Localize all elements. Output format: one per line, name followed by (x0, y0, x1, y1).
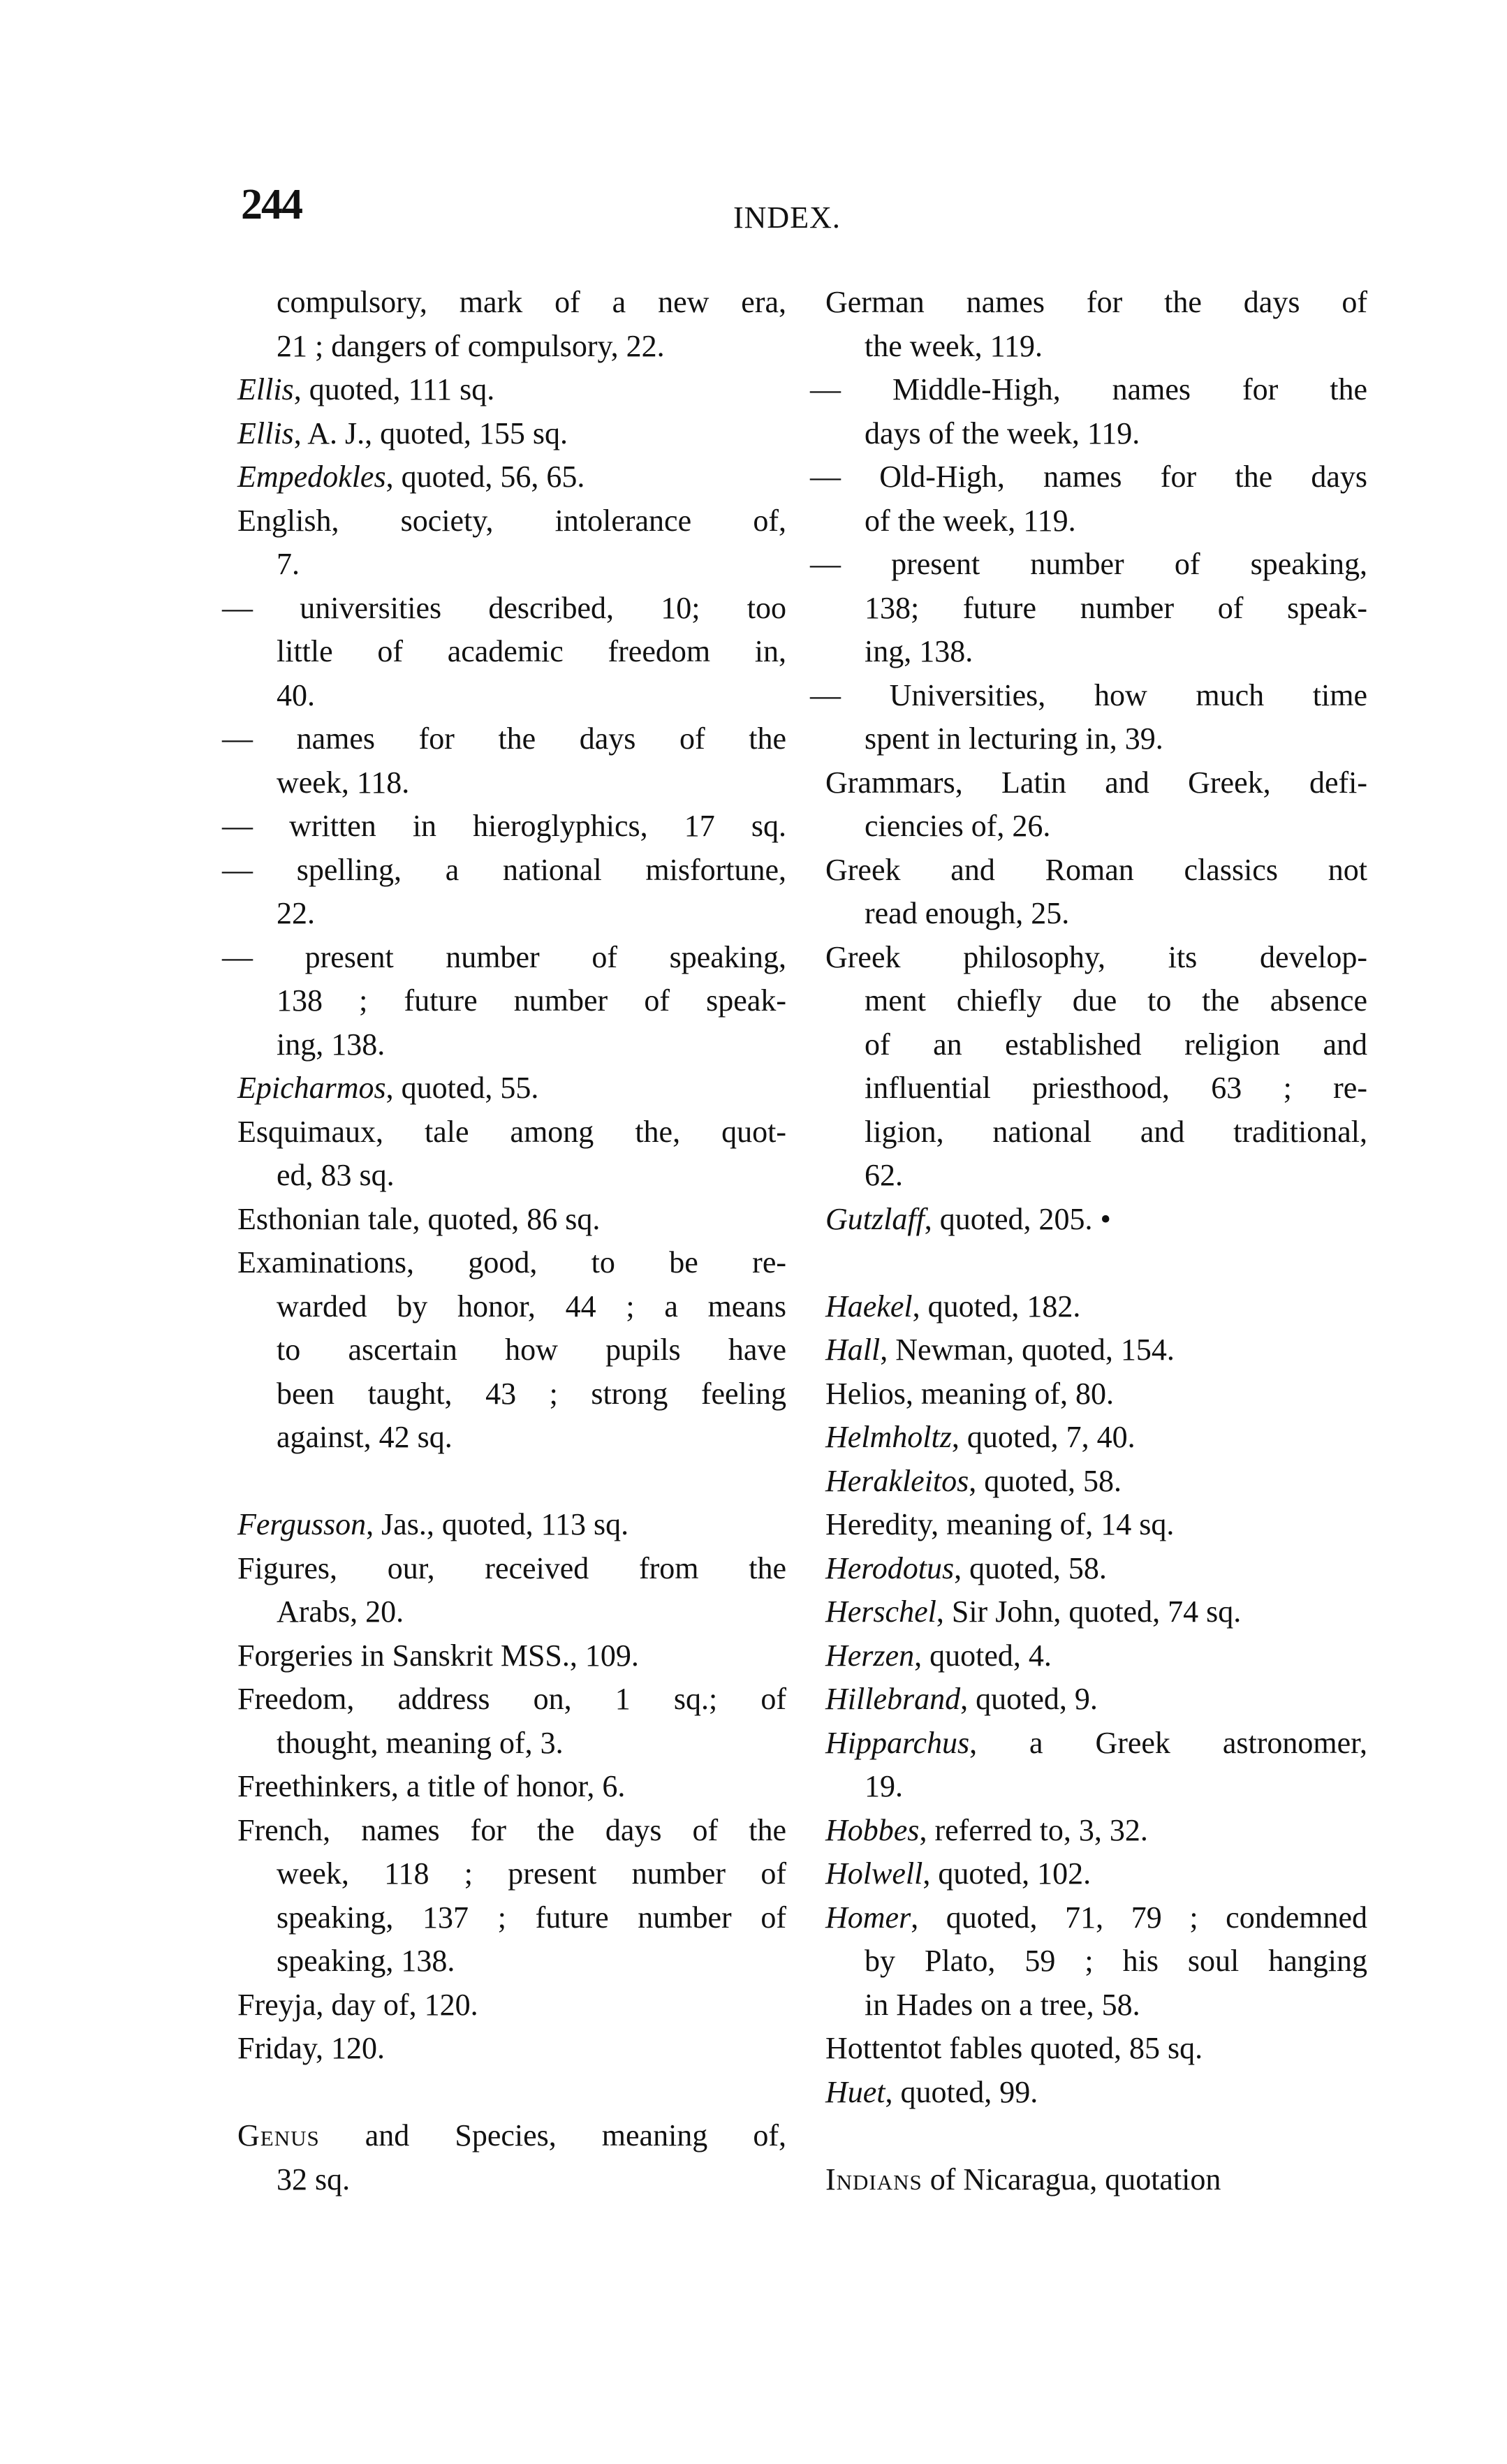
index-entry-line: Huet, quoted, 99. (810, 2071, 1367, 2115)
index-entry-line: Arabs, 20. (222, 1590, 786, 1634)
index-entry: Examinations, good, to be re-warded by h… (222, 1241, 786, 1460)
index-text: Esquimaux, tale among the, quot- (237, 1115, 786, 1149)
index-text: week, 118 ; present number of (277, 1856, 786, 1891)
index-text: Hottentot fables quoted, 85 sq. (825, 2031, 1203, 2065)
index-text: , quoted, 7, 40. (952, 1420, 1135, 1454)
index-entry-line: Hall, Newman, quoted, 154. (810, 1328, 1367, 1372)
index-entry-line: 62. (810, 1154, 1367, 1198)
index-text: French, names for the days of the (237, 1813, 786, 1847)
index-text: spent in lecturing in, 39. (865, 721, 1163, 756)
index-text: , quoted, 56, 65. (386, 460, 585, 494)
index-entry: Greek and Roman classics notread enough,… (810, 849, 1367, 936)
index-text: 62. (865, 1158, 903, 1192)
index-entry-line: ing, 138. (810, 630, 1367, 674)
index-text: — present number of speaking, (222, 940, 786, 974)
index-entry-line: English, society, intolerance of, (222, 499, 786, 543)
index-text: , quoted, 55. (386, 1071, 539, 1105)
index-text: ed, 83 sq. (277, 1158, 395, 1192)
index-entry: Hall, Newman, quoted, 154. (810, 1328, 1367, 1372)
index-text: Greek and Roman classics not (825, 853, 1367, 887)
index-entry-line: — present number of speaking, (810, 543, 1367, 587)
index-entry-line: Indians of Nicaragua, quotation (810, 2158, 1367, 2202)
index-entry-line: Friday, 120. (222, 2027, 786, 2071)
index-entry-line: German names for the days of (810, 281, 1367, 325)
index-text: ciencies of, 26. (865, 809, 1050, 843)
index-entry-line: 32 sq. (222, 2158, 786, 2202)
index-text: , quoted, 99. (885, 2075, 1038, 2109)
index-text: 7. (277, 547, 300, 581)
index-entry-line: Hipparchus, a Greek astronomer, (810, 1722, 1367, 1766)
index-text: of an established religion and (865, 1027, 1367, 1062)
index-entry: compulsory, mark of a new era,21 ; dange… (222, 281, 786, 368)
index-entry-line: Homer, quoted, 71, 79 ; condemned (810, 1896, 1367, 1940)
index-entry: Helmholtz, quoted, 7, 40. (810, 1416, 1367, 1460)
index-entry-line: — Universities, how much time (810, 674, 1367, 718)
index-term-italic: Herodotus (825, 1551, 954, 1585)
index-entry: Forgeries in Sanskrit MSS., 109. (222, 1634, 786, 1678)
index-entry-line: 22. (222, 892, 786, 936)
index-text: Freethinkers, a title of honor, 6. (237, 1769, 625, 1803)
index-text: English, society, intolerance of, (237, 504, 786, 538)
index-text: 138; future number of speak- (865, 591, 1367, 625)
index-entry-line: 138; future number of speak- (810, 587, 1367, 631)
index-section-lead: Indians (825, 2162, 922, 2197)
index-entry: — written in hieroglyphics, 17 sq. (222, 805, 786, 849)
index-entry-line: ed, 83 sq. (222, 1154, 786, 1198)
index-text: ment chiefly due to the absence (865, 983, 1367, 1018)
index-text: 40. (277, 678, 315, 712)
index-text: week, 118. (277, 765, 409, 800)
index-term-italic: Herakleitos (825, 1464, 969, 1498)
index-text: speaking, 137 ; future number of (277, 1900, 786, 1935)
index-text: — names for the days of the (222, 721, 786, 756)
index-entry-line: the week, 119. (810, 325, 1367, 369)
index-text: the week, 119. (865, 329, 1043, 363)
index-text: to ascertain how pupils have (277, 1333, 786, 1367)
index-entry: Greek philosophy, its develop-ment chief… (810, 936, 1367, 1198)
index-text: , a Greek astronomer, (969, 1726, 1367, 1760)
index-section-lead: Genus (237, 2118, 320, 2153)
index-text: , quoted, 9. (960, 1682, 1098, 1716)
index-entry-line: — Middle-High, names for the (810, 368, 1367, 412)
index-entry-line: Herodotus, quoted, 58. (810, 1547, 1367, 1591)
section-gap (810, 2114, 1367, 2158)
index-text: ligion, national and traditional, (865, 1115, 1367, 1149)
index-entry: Empedokles, quoted, 56, 65. (222, 455, 786, 499)
index-text: Heredity, meaning of, 14 sq. (825, 1507, 1174, 1541)
index-text: Grammars, Latin and Greek, defi- (825, 765, 1367, 800)
index-entry-line: — universities described, 10; too (222, 587, 786, 631)
index-term-italic: Homer (825, 1900, 911, 1935)
index-entry: Hillebrand, quoted, 9. (810, 1678, 1367, 1722)
index-entry-line: Esquimaux, tale among the, quot- (222, 1110, 786, 1154)
index-entry-line: Forgeries in Sanskrit MSS., 109. (222, 1634, 786, 1678)
index-entry: Herodotus, quoted, 58. (810, 1547, 1367, 1591)
index-entry: Hipparchus, a Greek astronomer,19. (810, 1722, 1367, 1809)
index-entry-line: Herakleitos, quoted, 58. (810, 1460, 1367, 1504)
index-entry-line: — spelling, a national misfortune, (222, 849, 786, 893)
index-text: , quoted, 111 sq. (294, 372, 495, 406)
index-text: Arabs, 20. (277, 1594, 404, 1629)
index-text: 138 ; future number of speak- (277, 983, 786, 1018)
index-entry: — Universities, how much timespent in le… (810, 674, 1367, 761)
index-entry: Epicharmos, quoted, 55. (222, 1066, 786, 1110)
index-entry: German names for the days ofthe week, 11… (810, 281, 1367, 368)
index-entry-line: Examinations, good, to be re- (222, 1241, 786, 1285)
index-entry: Ellis, A. J., quoted, 155 sq. (222, 412, 786, 456)
index-entry-line: Gutzlaff, quoted, 205. • (810, 1198, 1367, 1242)
index-text: 21 ; dangers of compulsory, 22. (277, 329, 665, 363)
index-column-left: compulsory, mark of a new era,21 ; dange… (222, 281, 786, 2201)
index-text: , quoted, 205. • (925, 1202, 1111, 1236)
index-entry: Holwell, quoted, 102. (810, 1852, 1367, 1896)
index-text: warded by honor, 44 ; a means (277, 1289, 786, 1323)
index-text: of the week, 119. (865, 504, 1076, 538)
index-entry: Heredity, meaning of, 14 sq. (810, 1503, 1367, 1547)
index-entry-line: Ellis, A. J., quoted, 155 sq. (222, 412, 786, 456)
index-entry-line: Fergusson, Jas., quoted, 113 sq. (222, 1503, 786, 1547)
index-entry-line: ligion, national and traditional, (810, 1110, 1367, 1154)
index-entry-line: — written in hieroglyphics, 17 sq. (222, 805, 786, 849)
index-text: — Middle-High, names for the (810, 372, 1367, 406)
index-term-italic: Hipparchus (825, 1726, 969, 1760)
index-text: — universities described, 10; too (222, 591, 786, 625)
index-entry: Figures, our, received from theArabs, 20… (222, 1547, 786, 1634)
index-entry-line: compulsory, mark of a new era, (222, 281, 786, 325)
index-term-italic: Hall (825, 1333, 880, 1367)
index-text: ing, 138. (865, 634, 973, 668)
index-text: , quoted, 71, 79 ; condemned (911, 1900, 1367, 1935)
index-term-italic: Haekel (825, 1289, 913, 1323)
index-entry-line: Greek and Roman classics not (810, 849, 1367, 893)
index-text: Helios, meaning of, 80. (825, 1377, 1114, 1411)
index-entry-line: Greek philosophy, its develop- (810, 936, 1367, 980)
index-text: been taught, 43 ; strong feeling (277, 1377, 786, 1411)
index-entry: Esthonian tale, quoted, 86 sq. (222, 1198, 786, 1242)
index-entry: Freyja, day of, 120. (222, 1983, 786, 2027)
index-term-italic: Holwell (825, 1856, 922, 1891)
index-entry-line: week, 118 ; present number of (222, 1852, 786, 1896)
index-entry-line: thought, meaning of, 3. (222, 1722, 786, 1766)
index-text: — Universities, how much time (810, 678, 1367, 712)
index-entry: — present number of speaking,138 ; futur… (222, 936, 786, 1067)
index-entry: French, names for the days of theweek, 1… (222, 1809, 786, 1983)
section-gap (222, 1460, 786, 1504)
running-head: INDEX. (733, 200, 841, 235)
index-entry-line: speaking, 137 ; future number of (222, 1896, 786, 1940)
index-entry-line: 21 ; dangers of compulsory, 22. (222, 325, 786, 369)
section-gap (810, 1241, 1367, 1285)
index-entry-line: Figures, our, received from the (222, 1547, 786, 1591)
index-text: — present number of speaking, (810, 547, 1367, 581)
index-text: Figures, our, received from the (237, 1551, 786, 1585)
index-term-italic: Herzen (825, 1638, 914, 1673)
index-text: Freyja, day of, 120. (237, 1988, 478, 2022)
index-entry-line: Herzen, quoted, 4. (810, 1634, 1367, 1678)
index-text: , Sir John, quoted, 74 sq. (936, 1594, 1241, 1629)
index-entry-line: Heredity, meaning of, 14 sq. (810, 1503, 1367, 1547)
index-text: influential priesthood, 63 ; re- (865, 1071, 1367, 1105)
index-entry-line: Esthonian tale, quoted, 86 sq. (222, 1198, 786, 1242)
section-gap (222, 2071, 786, 2115)
index-text: thought, meaning of, 3. (277, 1726, 564, 1760)
index-text: Forgeries in Sanskrit MSS., 109. (237, 1638, 639, 1673)
index-text: — written in hieroglyphics, 17 sq. (222, 809, 786, 843)
index-entry: Grammars, Latin and Greek, defi-ciencies… (810, 761, 1367, 849)
index-entry-line: days of the week, 119. (810, 412, 1367, 456)
index-entry-line: 7. (222, 543, 786, 587)
index-entry-line: speaking, 138. (222, 1939, 786, 1983)
index-entry-line: by Plato, 59 ; his soul hanging (810, 1939, 1367, 1983)
index-entry-line: Freethinkers, a title of honor, 6. (222, 1765, 786, 1809)
index-text: and Species, meaning of, (320, 2118, 786, 2153)
index-text: against, 42 sq. (277, 1420, 453, 1454)
index-entry: — Middle-High, names for thedays of the … (810, 368, 1367, 455)
index-entry-line: ciencies of, 26. (810, 805, 1367, 849)
index-text: ing, 138. (277, 1027, 385, 1062)
index-entry: — present number of speaking,138; future… (810, 543, 1367, 674)
index-entry: Helios, meaning of, 80. (810, 1372, 1367, 1416)
index-entry: Freethinkers, a title of honor, 6. (222, 1765, 786, 1809)
index-entry: Ellis, quoted, 111 sq. (222, 368, 786, 412)
index-term-italic: Epicharmos (237, 1071, 386, 1105)
index-term-italic: Helmholtz (825, 1420, 952, 1454)
index-term-italic: Herschel (825, 1594, 936, 1629)
index-entry-line: read enough, 25. (810, 892, 1367, 936)
index-term-italic: Fergusson (237, 1507, 366, 1541)
index-entry-line: Hottentot fables quoted, 85 sq. (810, 2027, 1367, 2071)
index-term-italic: Huet (825, 2075, 885, 2109)
index-entry: Esquimaux, tale among the, quot-ed, 83 s… (222, 1110, 786, 1198)
index-term-italic: Hillebrand (825, 1682, 960, 1716)
index-text: — Old-High, names for the days (810, 460, 1367, 494)
index-text: Esthonian tale, quoted, 86 sq. (237, 1202, 600, 1236)
index-entry: — Old-High, names for the daysof the wee… (810, 455, 1367, 543)
index-entry-line: Helios, meaning of, 80. (810, 1372, 1367, 1416)
index-text: , quoted, 182. (913, 1289, 1081, 1323)
index-entry: — spelling, a national misfortune,22. (222, 849, 786, 936)
index-entry: Hobbes, referred to, 3, 32. (810, 1809, 1367, 1853)
index-entry: English, society, intolerance of,7. (222, 499, 786, 587)
index-entry-line: 19. (810, 1765, 1367, 1809)
index-text: , A. J., quoted, 155 sq. (294, 416, 568, 450)
index-entry: — names for the days of theweek, 118. (222, 717, 786, 805)
index-entry-line: 138 ; future number of speak- (222, 979, 786, 1023)
index-entry: Genus and Species, meaning of,32 sq. (222, 2114, 786, 2201)
index-entry-line: Genus and Species, meaning of, (222, 2114, 786, 2158)
index-term-italic: Gutzlaff (825, 1202, 925, 1236)
index-text: read enough, 25. (865, 896, 1069, 930)
index-entry-line: Freedom, address on, 1 sq.; of (222, 1678, 786, 1722)
index-entry: Herakleitos, quoted, 58. (810, 1460, 1367, 1504)
index-entry-line: influential priesthood, 63 ; re- (810, 1066, 1367, 1110)
index-text: of Nicaragua, quotation (922, 2162, 1221, 2197)
index-entry-line: — names for the days of the (222, 717, 786, 761)
page-number: 244 (241, 180, 302, 230)
index-entry-line: Epicharmos, quoted, 55. (222, 1066, 786, 1110)
index-entry-line: of the week, 119. (810, 499, 1367, 543)
index-entry-line: Helmholtz, quoted, 7, 40. (810, 1416, 1367, 1460)
index-entry-line: to ascertain how pupils have (222, 1328, 786, 1372)
index-term-italic: Ellis (237, 416, 294, 450)
index-text: , Newman, quoted, 154. (880, 1333, 1175, 1367)
index-entry-line: Haekel, quoted, 182. (810, 1285, 1367, 1329)
index-term-italic: Hobbes (825, 1813, 919, 1847)
index-text: by Plato, 59 ; his soul hanging (865, 1944, 1367, 1978)
index-entry-line: been taught, 43 ; strong feeling (222, 1372, 786, 1416)
index-entry-line: ing, 138. (222, 1023, 786, 1067)
index-text: 32 sq. (277, 2162, 350, 2197)
index-entry-line: — Old-High, names for the days (810, 455, 1367, 499)
index-entry-line: week, 118. (222, 761, 786, 805)
index-entry-line: Hillebrand, quoted, 9. (810, 1678, 1367, 1722)
index-entry-line: spent in lecturing in, 39. (810, 717, 1367, 761)
index-text: 22. (277, 896, 315, 930)
index-text: , quoted, 58. (954, 1551, 1107, 1585)
index-entry-line: Empedokles, quoted, 56, 65. (222, 455, 786, 499)
index-entry: Gutzlaff, quoted, 205. • (810, 1198, 1367, 1242)
index-entry-line: little of academic freedom in, (222, 630, 786, 674)
index-entry: Friday, 120. (222, 2027, 786, 2071)
index-term-italic: Ellis (237, 372, 294, 406)
index-text: days of the week, 119. (865, 416, 1140, 450)
index-text: Examinations, good, to be re- (237, 1245, 786, 1279)
index-text: German names for the days of (825, 285, 1367, 319)
index-entry-line: French, names for the days of the (222, 1809, 786, 1853)
index-entry-line: Holwell, quoted, 102. (810, 1852, 1367, 1896)
index-text: , quoted, 58. (969, 1464, 1122, 1498)
index-entry: Homer, quoted, 71, 79 ; condemnedby Plat… (810, 1896, 1367, 2027)
index-entry-line: Ellis, quoted, 111 sq. (222, 368, 786, 412)
index-text: little of academic freedom in, (277, 634, 786, 668)
index-text: , quoted, 102. (922, 1856, 1091, 1891)
index-text: Greek philosophy, its develop- (825, 940, 1367, 974)
index-entry: Herschel, Sir John, quoted, 74 sq. (810, 1590, 1367, 1634)
index-text: compulsory, mark of a new era, (277, 285, 786, 319)
index-entry-line: of an established religion and (810, 1023, 1367, 1067)
index-entry-line: Freyja, day of, 120. (222, 1983, 786, 2027)
index-text: Friday, 120. (237, 2031, 385, 2065)
index-entry: — universities described, 10; toolittle … (222, 587, 786, 718)
index-text: Freedom, address on, 1 sq.; of (237, 1682, 786, 1716)
index-text: in Hades on a tree, 58. (865, 1988, 1140, 2022)
index-entry-line: in Hades on a tree, 58. (810, 1983, 1367, 2027)
index-entry-line: ment chiefly due to the absence (810, 979, 1367, 1023)
index-entry-line: against, 42 sq. (222, 1416, 786, 1460)
index-term-italic: Empedokles (237, 460, 386, 494)
index-text: , quoted, 4. (914, 1638, 1052, 1673)
index-entry: Huet, quoted, 99. (810, 2071, 1367, 2115)
index-entry: Fergusson, Jas., quoted, 113 sq. (222, 1503, 786, 1547)
index-text: 19. (865, 1769, 903, 1803)
index-entry: Indians of Nicaragua, quotation (810, 2158, 1367, 2202)
index-column-right: German names for the days ofthe week, 11… (810, 281, 1367, 2201)
index-entry-line: — present number of speaking, (222, 936, 786, 980)
index-text: speaking, 138. (277, 1944, 455, 1978)
index-entry: Herzen, quoted, 4. (810, 1634, 1367, 1678)
index-entry-line: Hobbes, referred to, 3, 32. (810, 1809, 1367, 1853)
index-text: — spelling, a national misfortune, (222, 853, 786, 887)
index-entry-line: warded by honor, 44 ; a means (222, 1285, 786, 1329)
index-entry: Haekel, quoted, 182. (810, 1285, 1367, 1329)
index-entry: Hottentot fables quoted, 85 sq. (810, 2027, 1367, 2071)
index-entry-line: Grammars, Latin and Greek, defi- (810, 761, 1367, 805)
index-entry: Freedom, address on, 1 sq.; ofthought, m… (222, 1678, 786, 1765)
index-entry-line: 40. (222, 674, 786, 718)
index-text: , Jas., quoted, 113 sq. (366, 1507, 628, 1541)
index-entry-line: Herschel, Sir John, quoted, 74 sq. (810, 1590, 1367, 1634)
index-text: , referred to, 3, 32. (919, 1813, 1147, 1847)
